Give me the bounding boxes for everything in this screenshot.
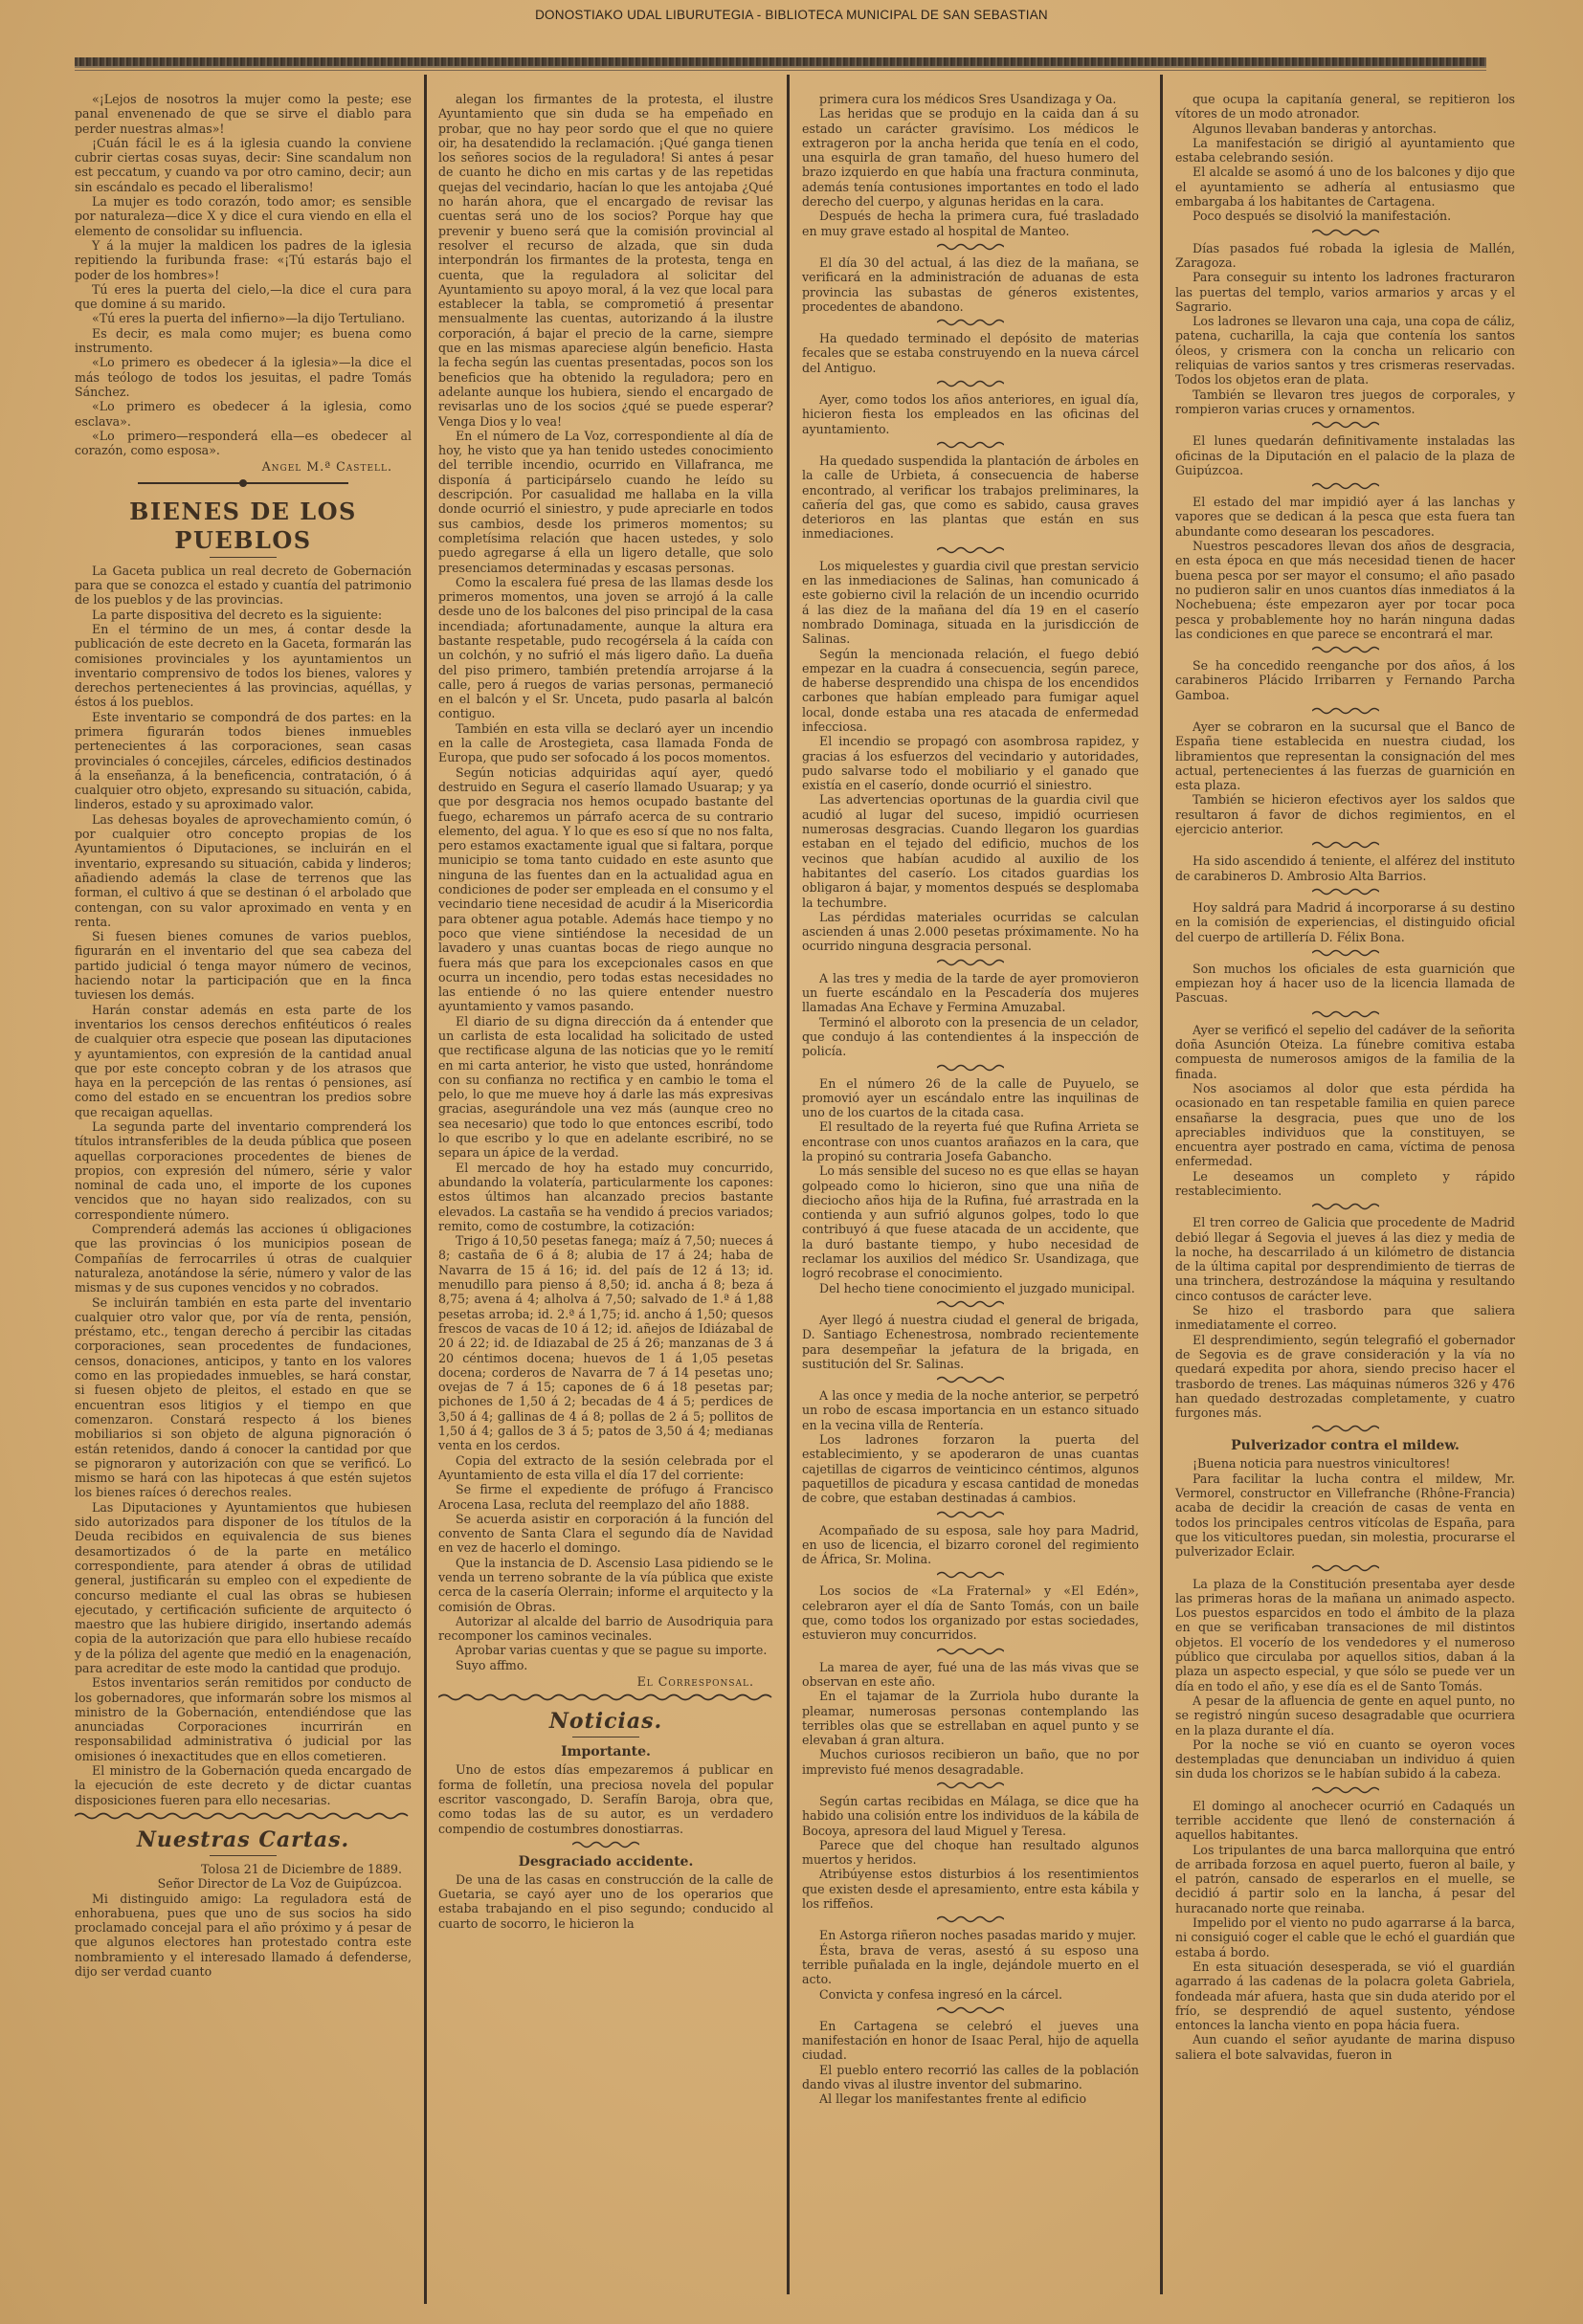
signature: Angel M.ª Castell. — [75, 459, 392, 474]
paragraph: Según noticias adquiridas aquí ayer, que… — [438, 765, 773, 1014]
paragraph: Impelido por el viento no pudo agarrarse… — [1175, 1915, 1515, 1959]
wavy-divider-short — [802, 545, 1139, 555]
paragraph: Para facilitar la lucha contra el mildew… — [1175, 1472, 1515, 1560]
paragraph: Al llegar los manifestantes frente al ed… — [802, 2092, 1139, 2106]
paragraph: El diario de su digna dirección da á ent… — [438, 1014, 773, 1161]
paragraph: El día 30 del actual, á las diez de la m… — [802, 255, 1139, 314]
paragraph: «¡Lejos de nosotros la mujer como la pes… — [75, 92, 412, 136]
paragraph: Lo más sensible del suceso no es que ell… — [802, 1163, 1139, 1280]
wavy-divider-short — [802, 318, 1139, 327]
wavy-divider-short — [802, 1510, 1139, 1519]
letter-addressee: Señor Director de La Voz de Guipúzcoa. — [75, 1876, 402, 1891]
paragraph: Después de hecha la primera cura, fué tr… — [802, 209, 1139, 238]
paragraph: Ayer se verificó el sepelio del cadáver … — [1175, 1023, 1515, 1081]
paragraph: Comprenderá además las acciones ú obliga… — [75, 1222, 412, 1295]
wavy-divider-short — [1175, 1563, 1515, 1573]
paragraph: Los ladrones forzaron la puerta del esta… — [802, 1432, 1139, 1505]
wavy-divider-short — [1175, 481, 1515, 491]
paragraph: Le deseamos un completo y rápido restabl… — [1175, 1169, 1515, 1199]
news-items: primera cura los médicos Sres Usandizaga… — [802, 92, 1139, 2107]
paragraph: Las pérdidas materiales ocurridas se cal… — [802, 910, 1139, 954]
paragraph: Las advertencias oportunas de la guardia… — [802, 792, 1139, 909]
paragraph: Los miquelestes y guardia civil que pres… — [802, 559, 1139, 647]
paragraph: que ocupa la capitanía general, se repit… — [1175, 92, 1515, 122]
wavy-divider-short — [1175, 645, 1515, 654]
paragraph: El estado del mar impidió ayer á las lan… — [1175, 495, 1515, 539]
article-accidente: De una de las casas en construcción de l… — [438, 1872, 773, 1931]
paragraph: Copia del extracto de la sesión celebrad… — [438, 1453, 773, 1483]
article-mildew: ¡Buena noticia para nuestros vinicultore… — [1175, 1456, 1515, 1559]
wavy-divider-short — [1175, 948, 1515, 958]
wavy-divider-short — [802, 379, 1139, 388]
paragraph: Aprobar varias cuentas y que se pague su… — [438, 1643, 773, 1657]
paragraph: Ayer llegó á nuestra ciudad el general d… — [802, 1313, 1139, 1371]
wavy-divider-short — [1175, 1009, 1515, 1019]
paragraph: Se acuerda asistir en corporación á la f… — [438, 1512, 773, 1556]
paragraph: La parte dispositiva del decreto es la s… — [75, 608, 412, 622]
paragraph: Ha quedado suspendida la plantación de á… — [802, 454, 1139, 542]
heading-underline — [210, 557, 277, 558]
wavy-divider-short — [1175, 706, 1515, 716]
paragraph: El alcalde se asomó á uno de los balcone… — [1175, 165, 1515, 209]
paragraph: Se hizo el trasbordo para que saliera in… — [1175, 1303, 1515, 1333]
paragraph: En el término de un mes, á contar desde … — [75, 622, 412, 710]
wavy-divider-short — [802, 242, 1139, 252]
paragraph: Son muchos los oficiales de esta guarnic… — [1175, 962, 1515, 1006]
paragraph: Mi distinguido amigo: La reguladora está… — [75, 1892, 412, 1980]
column-4: que ocupa la capitanía general, se repit… — [1175, 92, 1515, 2062]
paragraph: Harán constar además en esta parte de lo… — [75, 1003, 412, 1119]
wavy-divider — [75, 1811, 412, 1821]
wavy-divider-short — [802, 1647, 1139, 1656]
paragraph: Convicta y confesa ingresó en la cárcel. — [802, 1987, 1139, 2002]
paragraph: Es decir, es mala como mujer; es buena c… — [75, 326, 412, 356]
paragraph: El resultado de la reyerta fué que Rufin… — [802, 1119, 1139, 1163]
heading-nuestras-cartas: Nuestras Cartas. — [75, 1826, 412, 1853]
paragraph: Trigo á 10,50 pesetas fanega; maíz á 7,5… — [438, 1233, 773, 1452]
paragraph: En Astorga riñeron noches pasadas marido… — [802, 1928, 1139, 1942]
paragraph: ¡Buena noticia para nuestros vinicultore… — [1175, 1456, 1515, 1471]
paragraph: Atribúyense estos disturbios á los resen… — [802, 1867, 1139, 1911]
paragraph: Días pasados fué robada la iglesia de Ma… — [1175, 241, 1515, 271]
wavy-divider-short — [802, 1299, 1139, 1309]
paragraph: También en esta villa se declaró ayer un… — [438, 721, 773, 765]
column-3: primera cura los médicos Sres Usandizaga… — [802, 92, 1139, 2107]
wavy-divider-short — [802, 958, 1139, 967]
paragraph: Que la instancia de D. Ascensio Lasa pid… — [438, 1556, 773, 1614]
ornament-divider — [75, 478, 412, 488]
paragraph: En Cartagena se celebró el jueves una ma… — [802, 2019, 1139, 2063]
paragraph: Según cartas recibidas en Málaga, se dic… — [802, 1794, 1139, 1838]
paragraph: Parece que del choque han resultado algu… — [802, 1838, 1139, 1868]
paragraph: Se incluirán también en esta parte del i… — [75, 1295, 412, 1500]
paragraph: Ha quedado terminado el depósito de mate… — [802, 331, 1139, 375]
news-items-2: La plaza de la Constitución presentaba a… — [1175, 1563, 1515, 2063]
column-rule — [1160, 75, 1163, 2294]
heading-underline — [572, 1737, 639, 1737]
paragraph: La marea de ayer, fué una de las más viv… — [802, 1660, 1139, 1690]
wavy-divider-short — [1175, 228, 1515, 237]
paragraph: Muchos curiosos recibieron un baño, que … — [802, 1747, 1139, 1777]
paragraph: «Lo primero—responderá ella—es obedecer … — [75, 429, 412, 458]
wavy-divider-short — [802, 1915, 1139, 1924]
paragraph: Las heridas que se produjo en la caida d… — [802, 106, 1139, 209]
paragraph: Nuestros pescadores llevan dos años de d… — [1175, 539, 1515, 641]
paragraph: primera cura los médicos Sres Usandizaga… — [802, 92, 1139, 106]
paragraph: Los socios de «La Fraternal» y «El Edén»… — [802, 1583, 1139, 1642]
article-letter-continued: alegan los firmantes de la protesta, el … — [438, 92, 773, 1672]
paragraph: En el número de La Voz, correspondiente … — [438, 429, 773, 575]
paragraph: «Lo primero es obedecer á la iglesia, co… — [75, 399, 412, 429]
heading-bienes: BIENES DE LOS PUEBLOS — [75, 498, 412, 555]
heading-noticias: Noticias. — [438, 1708, 773, 1735]
paragraph: El ministro de la Gobernación queda enca… — [75, 1763, 412, 1807]
wavy-divider-short — [1175, 840, 1515, 850]
paragraph: ¡Cuán fácil le es á la iglesia cuando la… — [75, 136, 412, 194]
paragraph: La mujer es todo corazón, todo amor; es … — [75, 194, 412, 238]
wavy-divider-short — [1175, 1785, 1515, 1795]
wavy-divider-short — [802, 1781, 1139, 1790]
paragraph: «Lo primero es obedecer á la iglesia»—la… — [75, 355, 412, 399]
paragraph: Se ha concedido reenganche por dos años,… — [1175, 658, 1515, 702]
paragraph: También se llevaron tres juegos de corpo… — [1175, 387, 1515, 417]
column-rule — [424, 75, 427, 2304]
paragraph: Nos asociamos al dolor que esta pérdida … — [1175, 1081, 1515, 1169]
library-banner: DONOSTIAKO UDAL LIBURUTEGIA - BIBLIOTECA… — [0, 8, 1583, 22]
paragraph: El tren correo de Galicia que procedente… — [1175, 1215, 1515, 1303]
paragraph: A las tres y media de la tarde de ayer p… — [802, 971, 1139, 1015]
signature: El Corresponsal. — [438, 1674, 754, 1689]
paragraph: Según la mencionada relación, el fuego d… — [802, 647, 1139, 735]
article-women: «¡Lejos de nosotros la mujer como la pes… — [75, 92, 412, 457]
paragraph: Acompañado de su esposa, sale hoy para M… — [802, 1523, 1139, 1567]
paragraph: Este inventario se compondrá de dos part… — [75, 710, 412, 812]
article-bienes: La Gaceta publica un real decreto de Gob… — [75, 564, 412, 1807]
news-items: que ocupa la capitanía general, se repit… — [1175, 92, 1515, 1420]
heading-mildew: Pulverizador contra el mildew. — [1175, 1437, 1515, 1454]
paragraph: La Gaceta publica un real decreto de Gob… — [75, 564, 412, 608]
column-1: «¡Lejos de nosotros la mujer como la pes… — [75, 92, 412, 1979]
paragraph: Como la escalera fué presa de las llamas… — [438, 575, 773, 721]
paragraph: Ésta, brava de veras, asestó á su esposo… — [802, 1943, 1139, 1987]
paragraph: En esta situación desesperada, se vió el… — [1175, 1959, 1515, 2032]
heading-importante: Importante. — [438, 1743, 773, 1760]
heading-underline — [210, 1855, 277, 1856]
wavy-divider-short — [802, 2005, 1139, 2015]
paragraph: Tú eres la puerta del cielo,—la dice el … — [75, 282, 412, 312]
wavy-divider-short — [438, 1840, 773, 1849]
paragraph: La segunda parte del inventario comprend… — [75, 1119, 412, 1222]
paragraph: Autorizar al alcalde del barrio de Ausod… — [438, 1614, 773, 1644]
article-importante: Uno de estos días empezaremos á publicar… — [438, 1762, 773, 1835]
wavy-divider-short — [802, 1063, 1139, 1073]
paragraph: Las Diputaciones y Ayuntamientos que hub… — [75, 1500, 412, 1676]
paragraph: «Tú eres la puerta del infierno»—la dijo… — [75, 311, 412, 325]
wavy-divider-short — [802, 440, 1139, 450]
column-2: alegan los firmantes de la protesta, el … — [438, 92, 773, 1931]
masthead-rule — [75, 57, 1486, 68]
paragraph: alegan los firmantes de la protesta, el … — [438, 92, 773, 429]
paragraph: El lunes quedarán definitivamente instal… — [1175, 433, 1515, 477]
column-rule — [787, 75, 790, 2294]
paragraph: Ayer se cobraron en la sucursal que el B… — [1175, 719, 1515, 792]
paragraph: Y á la mujer la maldicen los padres de l… — [75, 238, 412, 282]
paragraph: Hoy saldrá para Madrid á incorporarse á … — [1175, 900, 1515, 944]
wavy-divider-short — [1175, 887, 1515, 896]
paragraph: La manifestación se dirigió al ayuntamie… — [1175, 136, 1515, 166]
paragraph: El desprendimiento, según telegrafió el … — [1175, 1333, 1515, 1421]
paragraph: Ha sido ascendido á teniente, el alférez… — [1175, 853, 1515, 883]
paragraph: Estos inventarios serán remitidos por co… — [75, 1675, 412, 1763]
paragraph: Suyo affmo. — [438, 1658, 773, 1672]
paragraph: Poco después se disolvió la manifestació… — [1175, 209, 1515, 223]
paragraph: Por la noche se vió en cuanto se oyeron … — [1175, 1737, 1515, 1782]
paragraph: Los ladrones se llevaron una caja, una c… — [1175, 314, 1515, 387]
wavy-divider-short — [1175, 420, 1515, 430]
paragraph: En el número 26 de la calle de Puyuelo, … — [802, 1076, 1139, 1120]
wavy-divider-short — [802, 1375, 1139, 1384]
paragraph: En el tajamar de la Zurriola hubo durant… — [802, 1689, 1139, 1747]
wavy-divider-short — [1175, 1202, 1515, 1211]
paragraph: Ayer, como todos los años anteriores, en… — [802, 392, 1139, 436]
paragraph: También se hicieron efectivos ayer los s… — [1175, 792, 1515, 836]
heading-accidente: Desgraciado accidente. — [438, 1853, 773, 1870]
wavy-divider-short — [1175, 1424, 1515, 1433]
paragraph: A las once y media de la noche anterior,… — [802, 1388, 1139, 1432]
paragraph: Si fuesen bienes comunes de varios puebl… — [75, 929, 412, 1002]
paragraph: El mercado de hoy ha estado muy concurri… — [438, 1161, 773, 1233]
paragraph: Las dehesas boyales de aprovechamiento c… — [75, 812, 412, 929]
paragraph: El domingo al anochecer ocurrió en Cadaq… — [1175, 1799, 1515, 1843]
paragraph: Del hecho tiene conocimiento el juzgado … — [802, 1281, 1139, 1295]
paragraph: Se firme el expediente de prófugo á Fran… — [438, 1482, 773, 1512]
paragraph: Algunos llevaban banderas y antorchas. — [1175, 122, 1515, 136]
letter-dateline: Tolosa 21 de Diciembre de 1889. — [75, 1862, 402, 1876]
paragraph: El pueblo entero recorrió las calles de … — [802, 2063, 1139, 2092]
paragraph: Los tripulantes de una barca mallorquina… — [1175, 1843, 1515, 1915]
paragraph: Para conseguir su intento los ladrones f… — [1175, 270, 1515, 314]
paragraph: Aun cuando el señor ayudante de marina d… — [1175, 2032, 1515, 2062]
masthead-rule-thin — [75, 70, 1486, 71]
wavy-divider-short — [802, 1570, 1139, 1580]
paragraph: Terminó el alboroto con la presencia de … — [802, 1015, 1139, 1059]
wavy-divider — [438, 1693, 773, 1702]
article-cartas: Mi distinguido amigo: La reguladora está… — [75, 1892, 412, 1980]
paragraph: El incendio se propagó con asombrosa rap… — [802, 734, 1139, 792]
paragraph: La plaza de la Constitución presentaba a… — [1175, 1577, 1515, 1693]
paragraph: A pesar de la afluencia de gente en aque… — [1175, 1693, 1515, 1737]
